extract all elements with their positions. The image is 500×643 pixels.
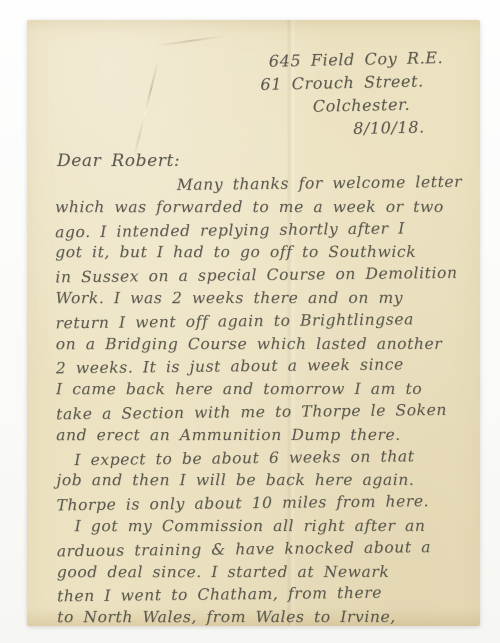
letter-header: 645 Field Coy R.E. 61 Crouch Street. Col… <box>27 45 480 146</box>
body-line: Work. I was 2 weeks there and on my <box>55 287 471 310</box>
body-line: I expect to be about 6 weeks on that <box>56 444 472 472</box>
body-line: I came back here and tomorrow I am to <box>56 378 472 401</box>
body-line: to North Wales, from Wales to Irvine, <box>57 606 473 626</box>
scanned-letter-screenshot: { "letter": { "header_lines": [ "645 Fie… <box>0 0 500 643</box>
body-line: then I went to Chatham, from there <box>57 581 473 609</box>
body-line: take a Section with me to Thorpe le Soke… <box>56 399 472 427</box>
body-line: and erect an Ammunition Dump there. <box>56 424 472 447</box>
salutation: Dear Robert: <box>57 151 480 171</box>
scan-background: 645 Field Coy R.E. 61 Crouch Street. Col… <box>0 0 500 643</box>
paper-crease-mark-top <box>155 35 225 47</box>
body-line: in Sussex on a special Course on Demolit… <box>55 262 471 290</box>
body-line: 2 weeks. It is just about a week since <box>56 353 472 381</box>
body-line: I got my Commission all right after an <box>57 515 473 538</box>
body-line: which was forwarded to me a week or two <box>55 196 471 219</box>
body-line: on a Bridging Course which lasted anothe… <box>56 332 472 355</box>
body-line: good deal since. I started at Newark <box>57 560 473 583</box>
body-line: ago. I intended replying shortly after I <box>55 216 471 244</box>
letter-body: Many thanks for welcome letterwhich was … <box>55 172 473 626</box>
letter-paper: 645 Field Coy R.E. 61 Crouch Street. Col… <box>27 20 480 626</box>
body-line: return I went off again to Brightlingsea <box>55 307 471 335</box>
body-line: arduous training & have knocked about a <box>57 535 473 563</box>
body-line: job and then I will be back here again. <box>56 469 472 492</box>
body-line: Thorpe is only about 10 miles from here. <box>56 490 472 518</box>
body-line: Many thanks for welcome letter <box>55 171 471 199</box>
body-line: got it, but I had to go off to Southwick <box>55 241 471 264</box>
